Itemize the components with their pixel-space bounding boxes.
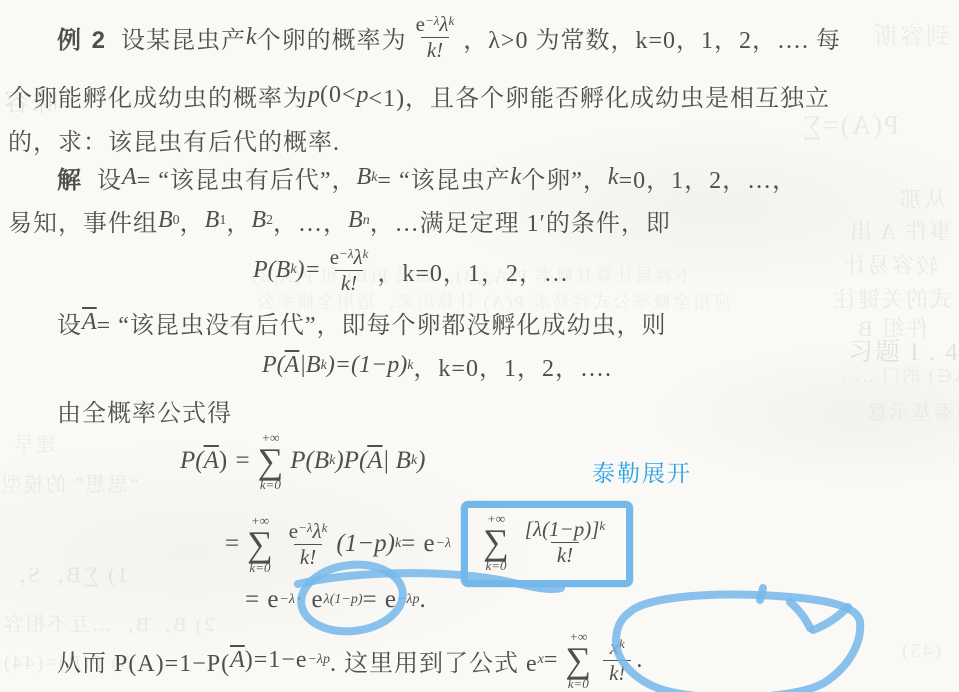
formula-exponential-line: = e−λ · eλ(1−p) = e−λp . (245, 586, 427, 614)
body-text: 的，求：该昆虫有后代的概率. (8, 122, 340, 157)
summation-symbol: +∞∑k=0 (483, 512, 509, 572)
bleedthrough-text: “思想” 的模型 (0, 468, 139, 497)
fraction-poisson: e−λλk k! (285, 519, 332, 568)
fraction-lambda-term: [λ(1−p)]k k! (521, 517, 609, 566)
body-text: 由全概率公式得 (57, 393, 232, 428)
arrow-notch-left (790, 602, 810, 628)
bleedthrough-text: 1) ∑B，S， (2, 558, 128, 589)
conclusion-line: 从而 P(A)=1−P( A )=1−e−λp . 这里用到了公式 ex = +… (57, 630, 643, 690)
taylor-expansion-label: 泰勒展开 (592, 455, 692, 488)
body-text: 易知，事件组 (8, 203, 158, 238)
bleedthrough-text: 建早 (12, 428, 56, 457)
body-text: 设 (97, 160, 122, 195)
solution-line2: 易知，事件组 B0 ， B1 ， B2 ，…， Bn ，…满足定理 1′的条件，… (8, 203, 671, 238)
variable-B: B (357, 164, 372, 191)
body-text: (0< (320, 82, 357, 109)
summation-symbol: +∞∑k=0 (565, 630, 591, 690)
formula-pbk: P(Bk)= e−λλk k! ，k=0，1，2，… (253, 240, 569, 300)
bleedthrough-text: 习题 I . 4 (848, 332, 959, 368)
paragraph-example-line2: 个卵能孵化成幼虫的概率为 p (0< p <1)，且各个卵能否孵化成幼虫是相互独… (8, 78, 830, 113)
bleedthrough-text: 式的关键往 (832, 283, 952, 314)
variable-A: A (122, 164, 137, 191)
paragraph-example-line3: 的，求：该昆虫有后代的概率. (8, 122, 340, 157)
arrow-notch-right (813, 607, 848, 630)
body-text: 设某昆虫产 (121, 20, 246, 55)
solution-line4: 由全概率公式得 (57, 393, 232, 428)
variable-p: p (357, 82, 369, 109)
fraction-x-term: xk k! (603, 635, 631, 684)
solution-label: 解 (57, 160, 83, 195)
summation-symbol: +∞∑k=0 (258, 431, 284, 491)
fraction-poisson: e−λλk k! (412, 12, 459, 61)
body-text: 个卵的概率为 (257, 20, 407, 55)
body-text: <1)，且各个卵能否孵化成幼虫是相互独立 (369, 78, 831, 113)
paragraph-example-line1: 例 2 设某昆虫产 k 个卵的概率为 e−λλk k! ，λ>0 为常数，k=0… (57, 10, 841, 64)
bleedthrough-text: 到容斯 (872, 16, 950, 51)
body-text: = “该昆虫有后代”， (137, 160, 357, 195)
bleedthrough-text: 泰基示意 (866, 396, 954, 425)
formula-pabk: P(A|Bk)=(1−p)k ，k=0，1，2，…. (262, 348, 612, 383)
circle-annotation-formula (616, 595, 860, 692)
bleedthrough-text: 事件 A 出 (848, 215, 952, 246)
solution-line1: 解 设 A = “该昆虫有后代”， Bk = “该昆虫产 k 个卵”， k =0… (57, 160, 797, 195)
body-text: = “该昆虫没有后代”，即每个卵都没孵化成幼虫，则 (97, 305, 667, 340)
body-text: 个卵”， (521, 160, 608, 195)
variable-k: k (246, 24, 257, 51)
body-text: 设 (57, 305, 82, 340)
textbook-scan-page: 味容到容斯P(A)=∑从那事件 A 出较容易计式的关键往件组 B习题 I . 4… (0, 0, 959, 692)
body-text: =0，1，2，…， (619, 160, 798, 195)
box-tail-stroke (760, 588, 763, 600)
formula-expansion-line: = +∞∑k=0 e−λλk k! (1−p)k = e−λ +∞∑k=0 [λ… (225, 498, 633, 590)
variable-k: k (511, 164, 522, 191)
example-number-label: 例 2 (57, 20, 107, 55)
bleedthrough-text: 从那 (898, 183, 946, 214)
solution-line3: 设 A = “该昆虫没有后代”，即每个卵都没孵化成幼虫，则 (57, 305, 667, 340)
body-text: ，λ>0 为常数，k=0，1，2，…. 每 (463, 20, 841, 55)
fraction-poisson: e−λλk k! (326, 245, 373, 294)
body-text: = “该昆虫产 (377, 160, 510, 195)
body-text: . 这里用到了公式 e (330, 643, 538, 678)
summation-symbol: +∞∑k=0 (247, 514, 273, 574)
bleedthrough-text: 件组 B (856, 312, 928, 343)
body-text: 个卵能孵化成幼虫的概率为 (8, 78, 308, 113)
taylor-box-annotation: +∞∑k=0 [λ(1−p)]k k! (461, 501, 633, 587)
bleedthrough-text: 1. A∈) 的门…… (840, 362, 959, 388)
formula-total-probability: P(A) = +∞∑k=0 P(Bk)P(A | Bk) (180, 425, 426, 497)
variable-k: k (608, 164, 619, 191)
body-text: 从而 P(A)=1−P( (57, 643, 230, 678)
variable-p: p (308, 82, 320, 109)
variable-A-bar: A (82, 309, 97, 336)
bleedthrough-text: 较容易计 (842, 249, 938, 280)
bleedthrough-text: (45) (900, 640, 941, 663)
body-text: ，…满足定理 1′的条件，即 (370, 203, 671, 238)
bleedthrough-text: P(A)=∑ (800, 110, 899, 141)
